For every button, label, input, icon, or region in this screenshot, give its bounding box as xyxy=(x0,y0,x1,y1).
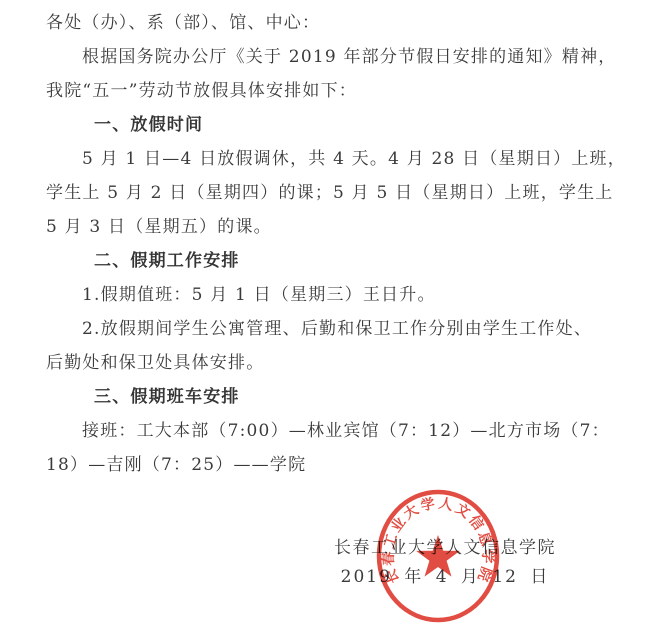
salutation-line: 各处（办）、系（部）、馆、中心： xyxy=(46,6,634,40)
doc-line: 5 月 1 日—4 日放假调休，共 4 天。4 月 28 日（星期日）上班， xyxy=(46,142,634,176)
section-heading: 一、放假时间 xyxy=(46,108,634,142)
doc-line: 接班：工大本部（7:00）—林业宾馆（7：12）—北方市场（7： xyxy=(46,414,634,448)
notice-document-page: 各处（办）、系（部）、馆、中心： 根据国务院办公厅《关于 2019 年部分节假日… xyxy=(0,0,672,638)
doc-line: 学生上 5 月 2 日（星期四）的课；5 月 5 日（星期日）上班，学生上 xyxy=(46,176,634,210)
doc-line: 5 月 3 日（星期五）的课。 xyxy=(46,210,634,244)
doc-line: 我院“五一”劳动节放假具体安排如下： xyxy=(46,74,634,108)
doc-line: 18）—吉刚（7：25）——学院 xyxy=(46,448,634,482)
document-body: 各处（办）、系（部）、馆、中心： 根据国务院办公厅《关于 2019 年部分节假日… xyxy=(46,6,634,482)
section-heading: 二、假期工作安排 xyxy=(46,244,634,278)
doc-line: 根据国务院办公厅《关于 2019 年部分节假日安排的通知》精神， xyxy=(46,40,634,74)
official-seal: 长春工业大学人文信息学院 xyxy=(372,486,504,628)
doc-line: 1.假期值班：5 月 1 日（星期三）王日升。 xyxy=(46,278,634,312)
star-icon xyxy=(416,535,460,577)
doc-line: 后勤处和保卫处具体安排。 xyxy=(46,346,634,380)
section-heading: 三、假期班车安排 xyxy=(46,380,634,414)
doc-line: 2.放假期间学生公寓管理、后勤和保卫工作分别由学生工作处、 xyxy=(46,312,634,346)
